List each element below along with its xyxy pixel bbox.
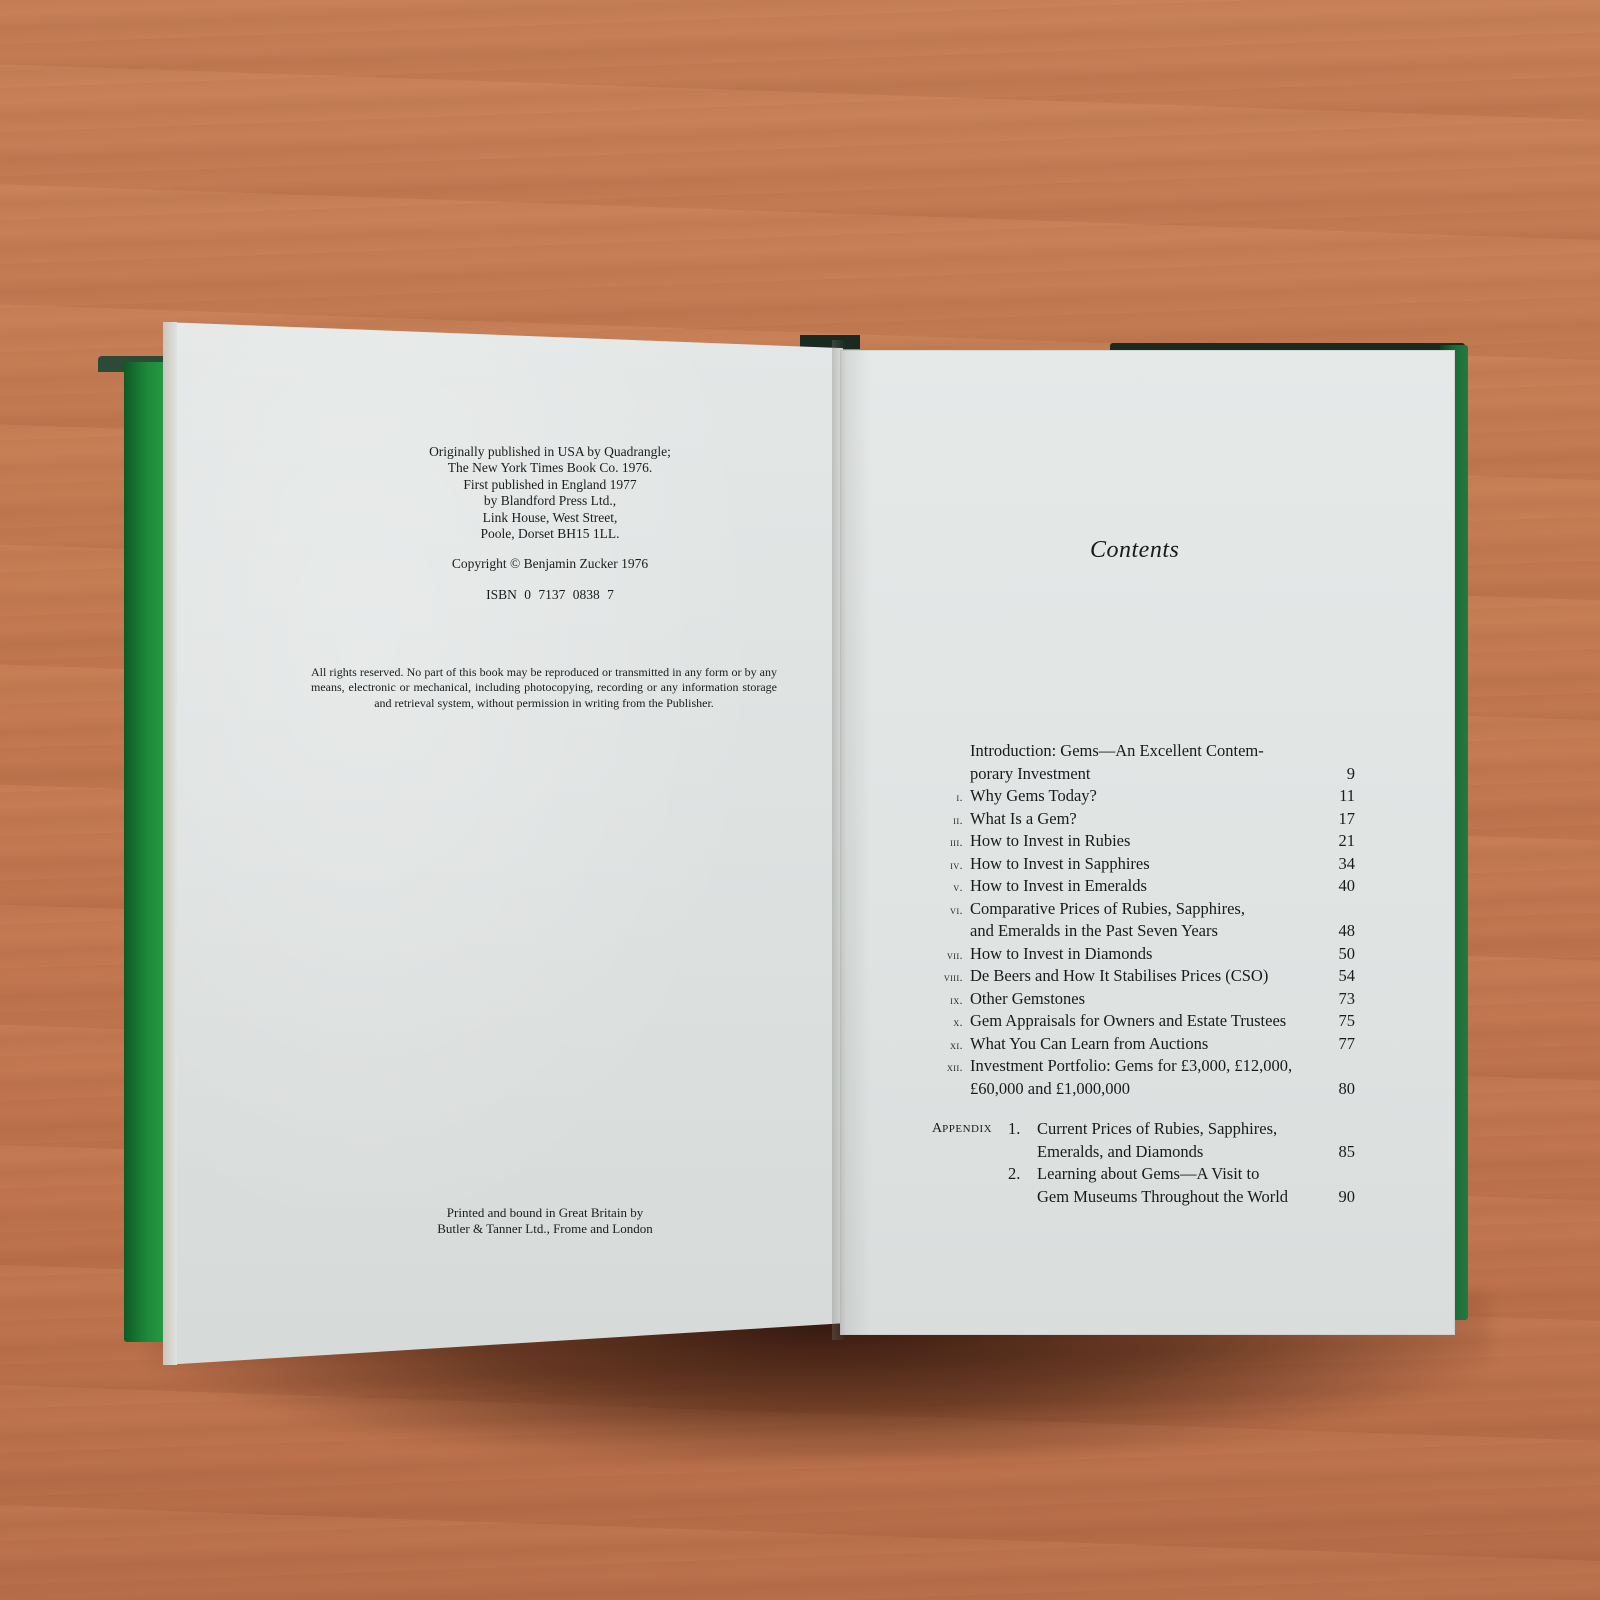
appendix-title: Current Prices of Rubies, Sapphires,: [1037, 1118, 1327, 1141]
toc-title: How to Invest in Emeralds: [970, 875, 1325, 898]
toc-number: IV.: [950, 855, 963, 878]
toc-entry-introduction[interactable]: Introduction: Gems—An Excellent Contem- …: [905, 740, 1365, 785]
imprint-line: First published in England 1977: [380, 477, 720, 493]
toc-entry-11[interactable]: XI. What You Can Learn from Auctions 77: [905, 1033, 1365, 1056]
toc-entry-5[interactable]: V. How to Invest in Emeralds 40: [905, 875, 1365, 898]
toc-title: and Emeralds in the Past Seven Years: [970, 920, 1325, 943]
imprint-line: Link House, West Street,: [380, 510, 720, 526]
toc-number: III.: [950, 832, 963, 855]
toc-number: IX.: [950, 990, 963, 1013]
toc-entry-7[interactable]: VII. How to Invest in Diamonds 50: [905, 943, 1365, 966]
imprint-line: Poole, Dorset BH15 1LL.: [380, 526, 720, 542]
toc-page-number: 54: [1325, 965, 1355, 988]
toc-page-number: 50: [1325, 943, 1355, 966]
appendix-label: APPENDIX: [932, 1118, 992, 1141]
toc-title: Comparative Prices of Rubies, Sapphires,: [970, 898, 1325, 921]
toc-number: VII.: [947, 945, 963, 968]
toc-title: porary Investment: [970, 763, 1325, 786]
toc-page-number: 21: [1325, 830, 1355, 853]
toc-entry-8[interactable]: VIII. De Beers and How It Stabilises Pri…: [905, 965, 1365, 988]
contents-title: Contents: [1090, 537, 1205, 564]
toc-number: VIII.: [944, 967, 963, 990]
toc-title: Other Gemstones: [970, 988, 1325, 1011]
printer-line: Butler & Tanner Ltd., Frome and London: [400, 1221, 690, 1237]
toc-page-number: 9: [1325, 763, 1355, 786]
toc-entry-12[interactable]: XII. Investment Portfolio: Gems for £3,0…: [905, 1055, 1365, 1100]
copyright-notice: Copyright © Benjamin Zucker 1976: [380, 556, 720, 572]
toc-title: Introduction: Gems—An Excellent Contem-: [970, 740, 1325, 763]
toc-page-number: 48: [1325, 920, 1355, 943]
toc-entry-3[interactable]: III. How to Invest in Rubies 21: [905, 830, 1365, 853]
toc-number: XI.: [950, 1035, 963, 1058]
appendix-entry-1[interactable]: APPENDIX 1. Current Prices of Rubies, Sa…: [905, 1118, 1365, 1163]
toc-title: £60,000 and £1,000,000: [970, 1078, 1325, 1101]
appendix-number: 2.: [1008, 1163, 1020, 1186]
toc-entry-9[interactable]: IX. Other Gemstones 73: [905, 988, 1365, 1011]
imprint-line: Originally published in USA by Quadrangl…: [380, 444, 720, 460]
printer-credit: Printed and bound in Great Britain by Bu…: [400, 1205, 690, 1237]
toc-entry-10[interactable]: X. Gem Appraisals for Owners and Estate …: [905, 1010, 1365, 1033]
toc-number: II.: [953, 810, 963, 833]
toc-title: Why Gems Today?: [970, 785, 1325, 808]
toc-number: V.: [953, 877, 963, 900]
toc-page-number: 11: [1325, 785, 1355, 808]
toc-entry-1[interactable]: I. Why Gems Today? 11: [905, 785, 1365, 808]
toc-page-number: 17: [1325, 808, 1355, 831]
printer-line: Printed and bound in Great Britain by: [400, 1205, 690, 1221]
toc-title: How to Invest in Diamonds: [970, 943, 1325, 966]
toc-page-number: 80: [1325, 1078, 1355, 1101]
toc-title: How to Invest in Sapphires: [970, 853, 1325, 876]
table-of-contents: Introduction: Gems—An Excellent Contem- …: [905, 740, 1365, 1208]
imprint-line: by Blandford Press Ltd.,: [380, 493, 720, 509]
toc-entry-2[interactable]: II. What Is a Gem? 17: [905, 808, 1365, 831]
toc-title: What You Can Learn from Auctions: [970, 1033, 1325, 1056]
toc-page-number: 85: [1325, 1141, 1355, 1164]
toc-page-number: 75: [1325, 1010, 1355, 1033]
book-gutter: [832, 340, 846, 1340]
toc-page-number: 73: [1325, 988, 1355, 1011]
appendix-entry-2[interactable]: 2. Learning about Gems—A Visit to Gem Mu…: [905, 1163, 1365, 1208]
imprint-line: The New York Times Book Co. 1976.: [380, 460, 720, 476]
toc-page-number: 40: [1325, 875, 1355, 898]
rights-notice: All rights reserved. No part of this boo…: [311, 665, 777, 711]
toc-number: X.: [953, 1012, 963, 1035]
appendix-title: Gem Museums Throughout the World: [1037, 1186, 1327, 1209]
toc-entry-4[interactable]: IV. How to Invest in Sapphires 34: [905, 853, 1365, 876]
toc-title: Gem Appraisals for Owners and Estate Tru…: [970, 1010, 1325, 1033]
toc-title: Investment Portfolio: Gems for £3,000, £…: [970, 1055, 1325, 1078]
toc-number: XII.: [947, 1057, 963, 1080]
appendix-number: 1.: [1008, 1118, 1020, 1141]
toc-title: What Is a Gem?: [970, 808, 1325, 831]
isbn: ISBN 0 7137 0838 7: [380, 587, 720, 603]
toc-title: De Beers and How It Stabilises Prices (C…: [970, 965, 1325, 988]
appendix-title: Emeralds, and Diamonds: [1037, 1141, 1327, 1164]
left-page-edge: [163, 322, 177, 1365]
appendix-title: Learning about Gems—A Visit to: [1037, 1163, 1327, 1186]
toc-page-number: 77: [1325, 1033, 1355, 1056]
imprint-block: Originally published in USA by Quadrangl…: [380, 444, 720, 603]
toc-title: How to Invest in Rubies: [970, 830, 1325, 853]
toc-number: VI.: [950, 900, 963, 923]
toc-number: I.: [956, 787, 963, 810]
toc-page-number: 34: [1325, 853, 1355, 876]
toc-page-number: 90: [1325, 1186, 1355, 1209]
toc-entry-6[interactable]: VI. Comparative Prices of Rubies, Sapphi…: [905, 898, 1365, 943]
